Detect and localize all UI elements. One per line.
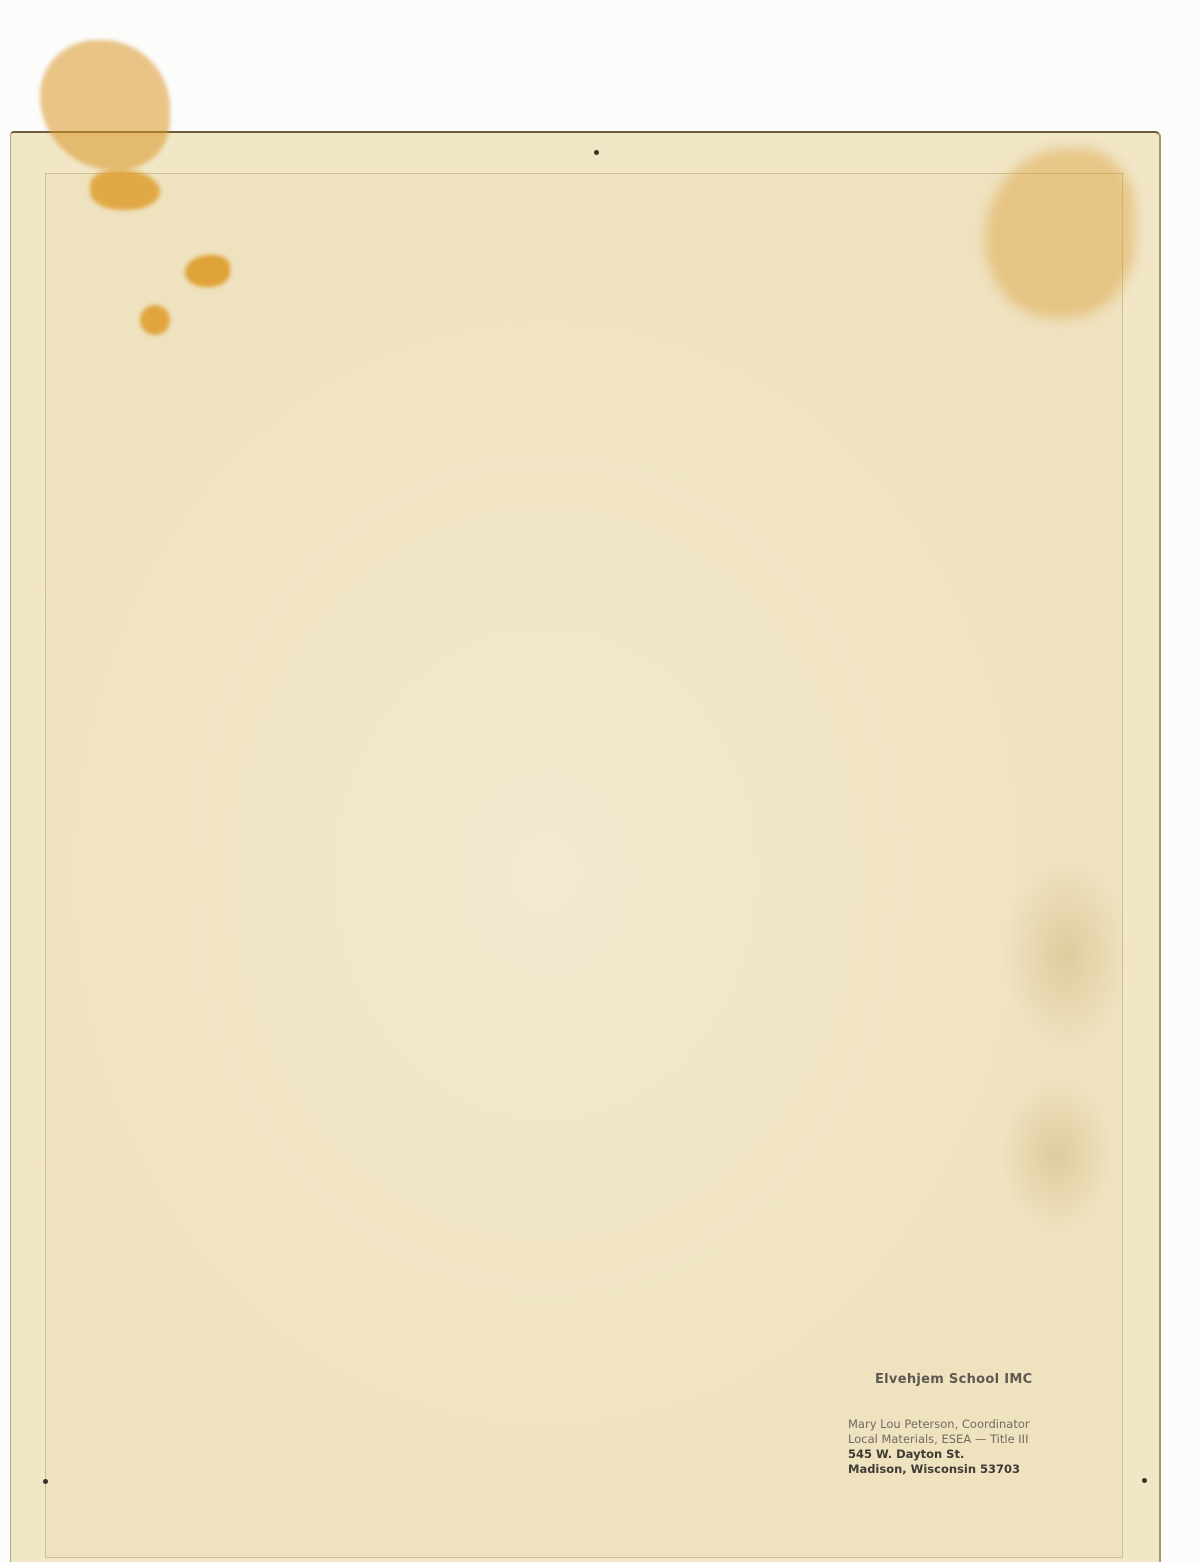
stain-top-left-lower xyxy=(90,170,160,210)
library-stamp: Elvehjem School IMC Mary Lou Peterson, C… xyxy=(848,1372,1032,1477)
stamp-line-city: Madison, Wisconsin 53703 xyxy=(848,1462,1032,1477)
stamp-line-coordinator: Mary Lou Peterson, Coordinator xyxy=(848,1417,1032,1432)
mounting-board xyxy=(10,131,1161,1562)
stamp-title: Elvehjem School IMC xyxy=(875,1372,1032,1387)
pin-hole-left xyxy=(43,1479,48,1484)
stamp-address-block: Mary Lou Peterson, Coordinator Local Mat… xyxy=(848,1417,1032,1477)
pin-hole-right xyxy=(1142,1478,1147,1483)
stain-spot-small xyxy=(140,305,170,335)
pin-hole-top xyxy=(594,150,599,155)
board-inner-panel xyxy=(46,174,1122,1557)
stamp-line-street: 545 W. Dayton St. xyxy=(848,1447,1032,1462)
stamp-line-program: Local Materials, ESEA — Title III xyxy=(848,1432,1032,1447)
scanned-page: Elvehjem School IMC Mary Lou Peterson, C… xyxy=(0,0,1200,1562)
stain-spot xyxy=(185,255,230,287)
